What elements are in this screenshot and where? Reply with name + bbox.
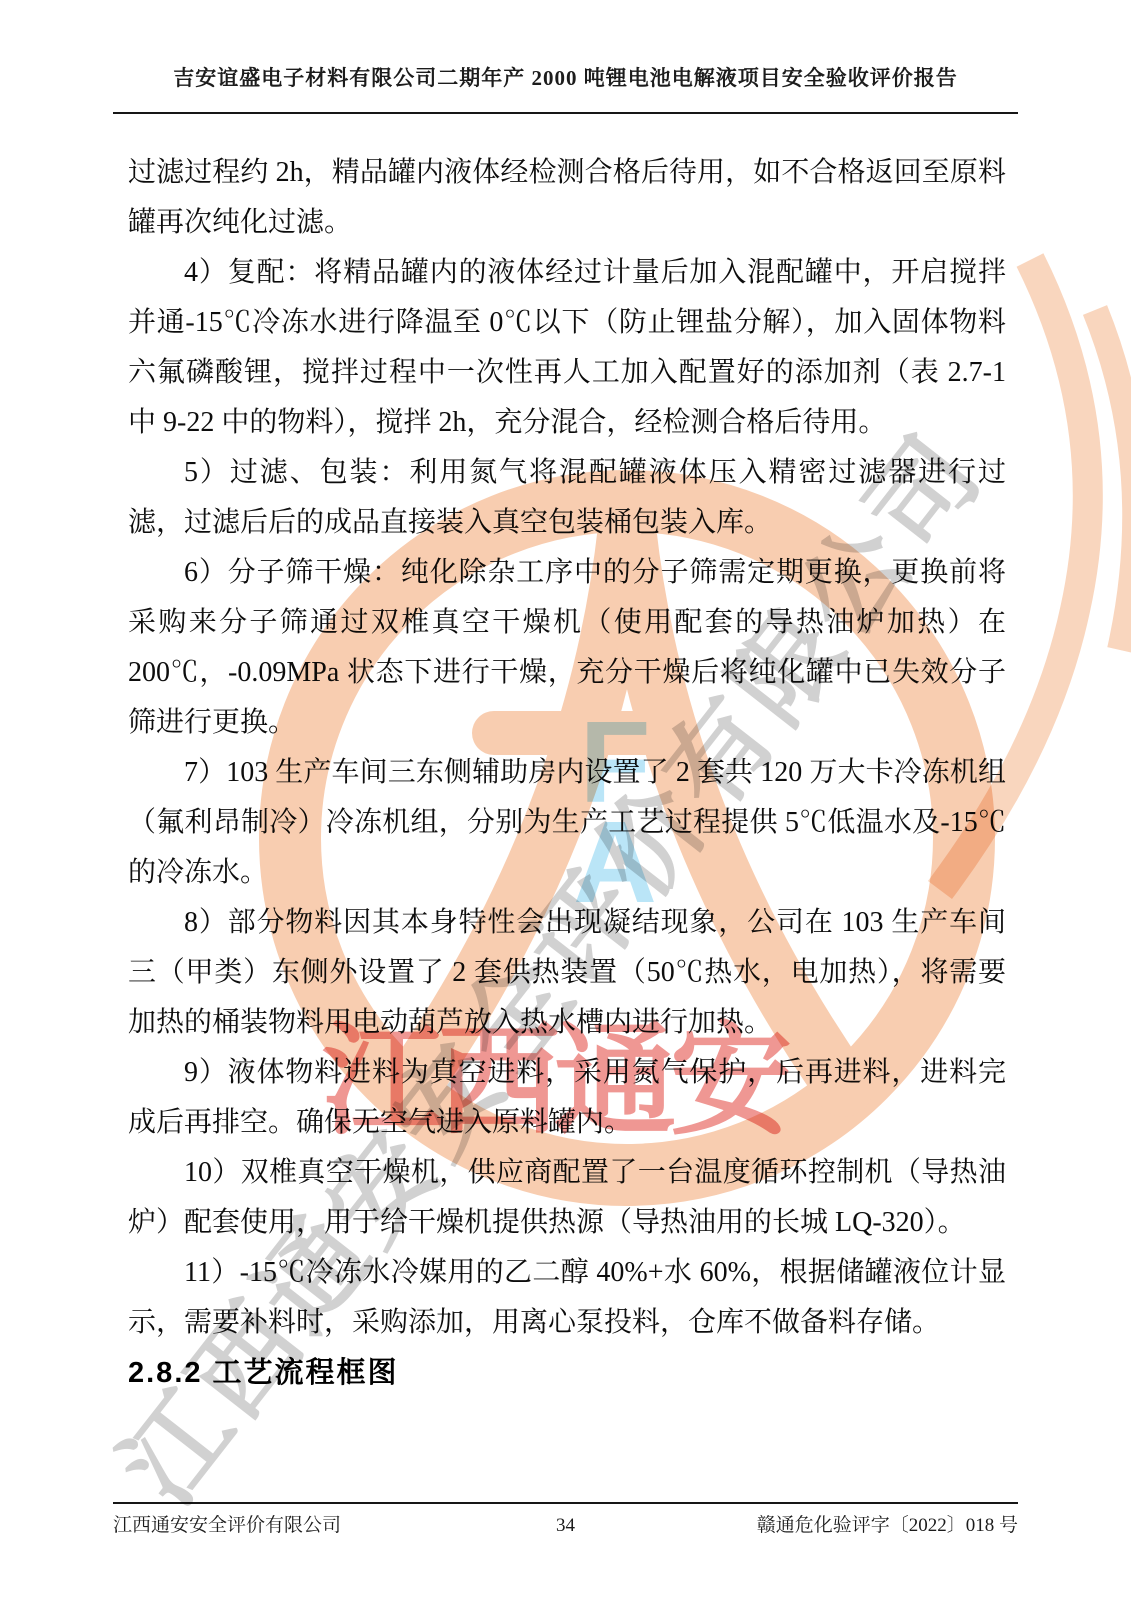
- footer-doc-number: 赣通危化验评字〔2022〕018 号: [606, 1510, 1019, 1537]
- body-text: 过滤过程约 2h，精品罐内液体经检测合格后待用，如不合格返回至原料罐再次纯化过滤…: [128, 148, 1006, 1398]
- body-paragraph: 6）分子筛干燥：纯化除杂工序中的分子筛需定期更换，更换前将采购来分子筛通过双椎真…: [128, 548, 1006, 748]
- body-paragraph: 10）双椎真空干燥机，供应商配置了一台温度循环控制机（导热油炉）配套使用，用于给…: [128, 1148, 1006, 1248]
- section-heading: 2.8.2 工艺流程框图: [128, 1348, 1006, 1398]
- body-paragraph: 7）103 生产车间三东侧辅助房内设置了 2 套共 120 万大卡冷冻机组（氟利…: [128, 748, 1006, 898]
- body-paragraph: 4）复配：将精品罐内的液体经过计量后加入混配罐中，开启搅拌并通-15℃冷冻水进行…: [128, 248, 1006, 448]
- body-paragraph: 9）液体物料进料为真空进料，采用氮气保护，后再进料，进料完成后再排空。确保无空气…: [128, 1048, 1006, 1148]
- footer-page-number: 34: [526, 1515, 606, 1537]
- page-header-title: 吉安谊盛电子材料有限公司二期年产 2000 吨锂电池电解液项目安全验收评价报告: [0, 62, 1131, 92]
- footer-company: 江西通安安全评价有限公司: [113, 1510, 526, 1537]
- header-divider: [113, 112, 1018, 114]
- body-paragraph: 5）过滤、包装：利用氮气将混配罐液体压入精密过滤器进行过滤，过滤后后的成品直接装…: [128, 448, 1006, 548]
- report-page: 吉安谊盛电子材料有限公司二期年产 2000 吨锂电池电解液项目安全验收评价报告 …: [0, 0, 1131, 1600]
- body-paragraph: 过滤过程约 2h，精品罐内液体经检测合格后待用，如不合格返回至原料罐再次纯化过滤…: [128, 148, 1006, 248]
- page-footer: 江西通安安全评价有限公司 34 赣通危化验评字〔2022〕018 号: [113, 1510, 1018, 1537]
- body-paragraph: 8）部分物料因其本身特性会出现凝结现象，公司在 103 生产车间三（甲类）东侧外…: [128, 898, 1006, 1048]
- body-paragraph: 11）-15℃冷冻水冷媒用的乙二醇 40%+水 60%，根据储罐液位计显示，需要…: [128, 1248, 1006, 1348]
- footer-divider: [113, 1502, 1018, 1504]
